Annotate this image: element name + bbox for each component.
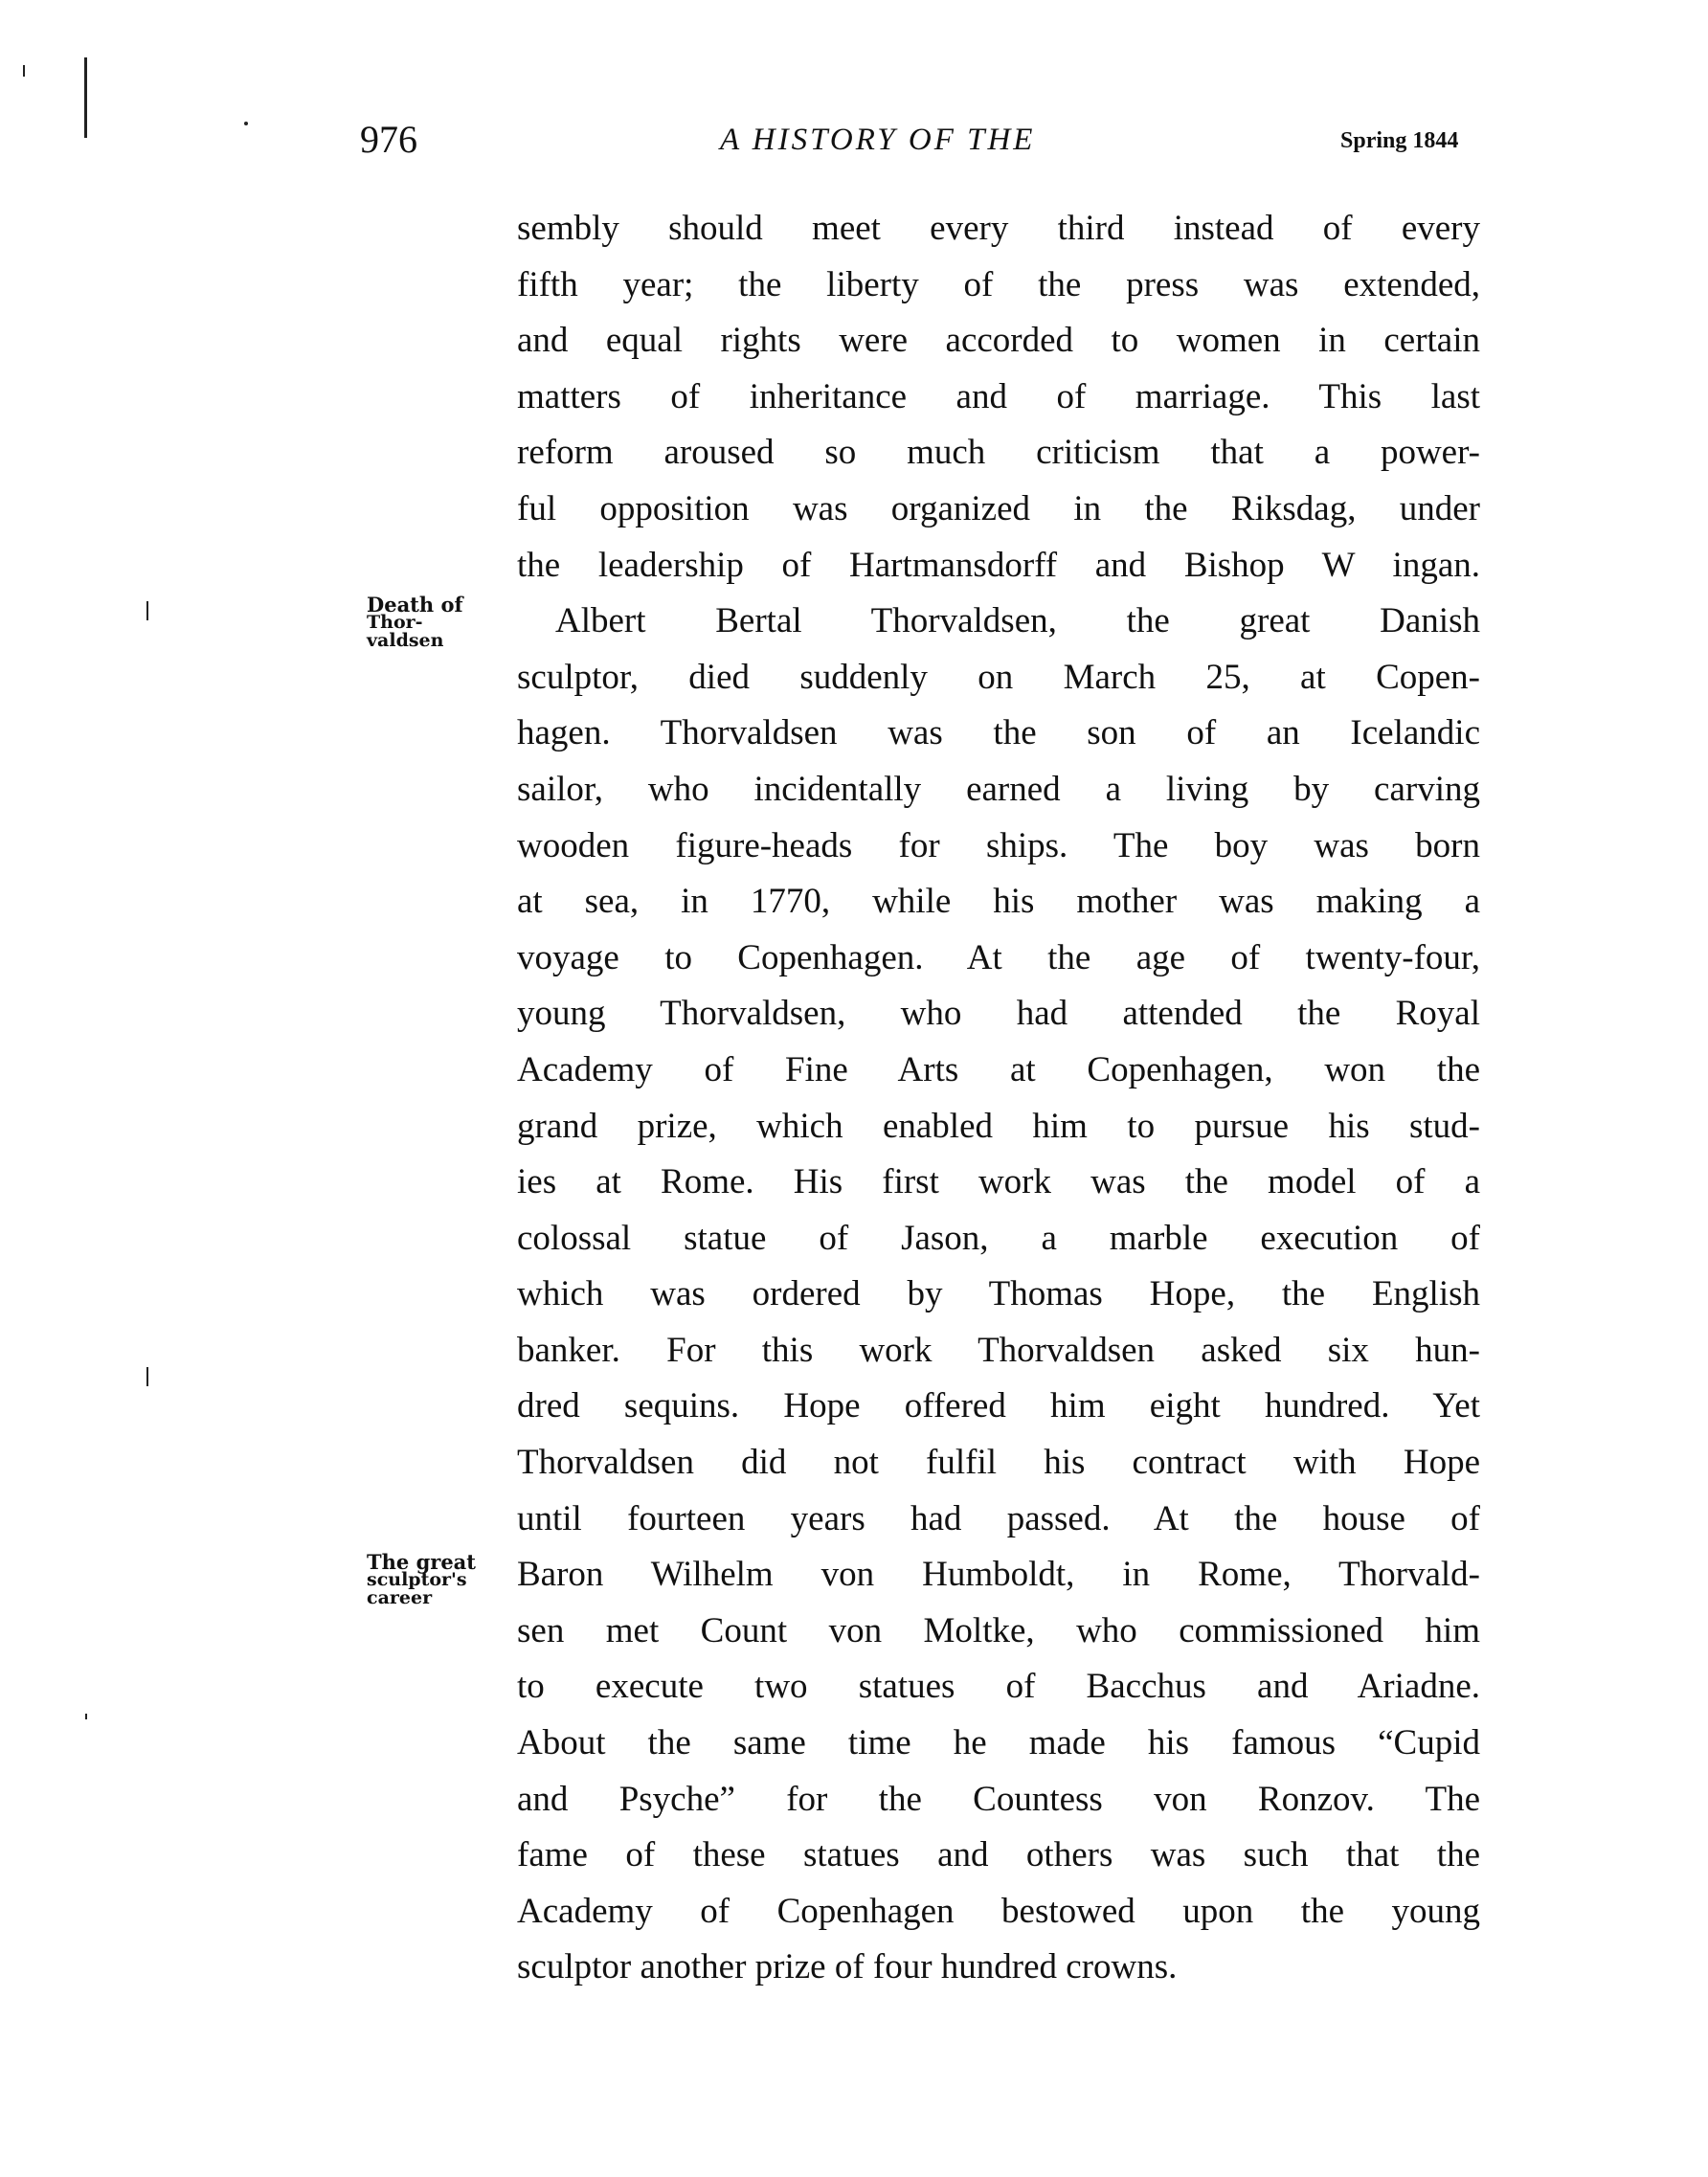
text-line: sembly should meet every third instead o… <box>517 201 1480 258</box>
text-line: Thorvaldsen did not fulfil his contract … <box>517 1435 1480 1492</box>
text-line: sculptor another prize of four hundred c… <box>517 1940 1480 1996</box>
text-line: fifth year; the liberty of the press was… <box>517 258 1480 314</box>
running-date: Spring 1844 <box>1340 128 1458 154</box>
sidenote-line: career <box>367 1589 476 1607</box>
text-line: Baron Wilhelm von Humboldt, in Rome, Tho… <box>517 1547 1480 1604</box>
scan-artifact-mark <box>23 65 25 77</box>
text-line: sen met Count von Moltke, who commission… <box>517 1604 1480 1660</box>
text-line: fame of these statues and others was suc… <box>517 1828 1480 1884</box>
scan-artifact-mark <box>146 601 148 620</box>
text-line: Academy of Fine Arts at Copenhagen, won … <box>517 1043 1480 1099</box>
text-line: hagen. Thorvaldsen was the son of an Ice… <box>517 706 1480 762</box>
text-line: sculptor, died suddenly on March 25, at … <box>517 650 1480 707</box>
text-line: grand prize, which enabled him to pursue… <box>517 1099 1480 1156</box>
text-line: reform aroused so much criticism that a … <box>517 425 1480 482</box>
text-line: voyage to Copenhagen. At the age of twen… <box>517 931 1480 987</box>
text-line: young Thorvaldsen, who had attended the … <box>517 986 1480 1043</box>
text-line: and equal rights were accorded to women … <box>517 313 1480 370</box>
text-line: and Psyche” for the Countess von Ronzov.… <box>517 1772 1480 1829</box>
text-line: About the same time he made his famous “… <box>517 1716 1480 1772</box>
text-line: at sea, in 1770, while his mother was ma… <box>517 874 1480 931</box>
text-line: sailor, who incidentally earned a living… <box>517 762 1480 819</box>
sidenote-death-of-thorvaldsen: Death of Thor- valdsen <box>367 595 463 650</box>
text-line: the leadership of Hartmansdorff and Bish… <box>517 538 1480 595</box>
text-line: Albert Bertal Thorvaldsen, the great Dan… <box>517 594 1480 650</box>
text-line: ies at Rome. His first work was the mode… <box>517 1155 1480 1211</box>
text-line: ful opposition was organized in the Riks… <box>517 482 1480 538</box>
text-line: colossal statue of Jason, a marble execu… <box>517 1211 1480 1268</box>
page-number: 976 <box>360 117 417 162</box>
text-line: wooden figure-heads for ships. The boy w… <box>517 819 1480 875</box>
text-line: to execute two statues of Bacchus and Ar… <box>517 1659 1480 1716</box>
text-line: until fourteen years had passed. At the … <box>517 1492 1480 1548</box>
body-text: sembly should meet every third instead o… <box>517 201 1480 1996</box>
sidenote-line: valdsen <box>367 632 463 650</box>
text-line: dred sequins. Hope offered him eight hun… <box>517 1379 1480 1435</box>
text-line: which was ordered by Thomas Hope, the En… <box>517 1267 1480 1323</box>
scan-artifact-mark <box>85 1714 87 1719</box>
running-title: A HISTORY OF THE <box>720 123 1035 158</box>
text-line: Academy of Copenhagen bestowed upon the … <box>517 1884 1480 1941</box>
text-line: matters of inheritance and of marriage. … <box>517 370 1480 426</box>
page-header: 976 A HISTORY OF THE Spring 1844 <box>0 113 1708 170</box>
sidenote-sculptors-career: The great sculptor's career <box>367 1553 476 1607</box>
text-line: banker. For this work Thorvaldsen asked … <box>517 1323 1480 1380</box>
scan-artifact-mark <box>146 1367 148 1386</box>
